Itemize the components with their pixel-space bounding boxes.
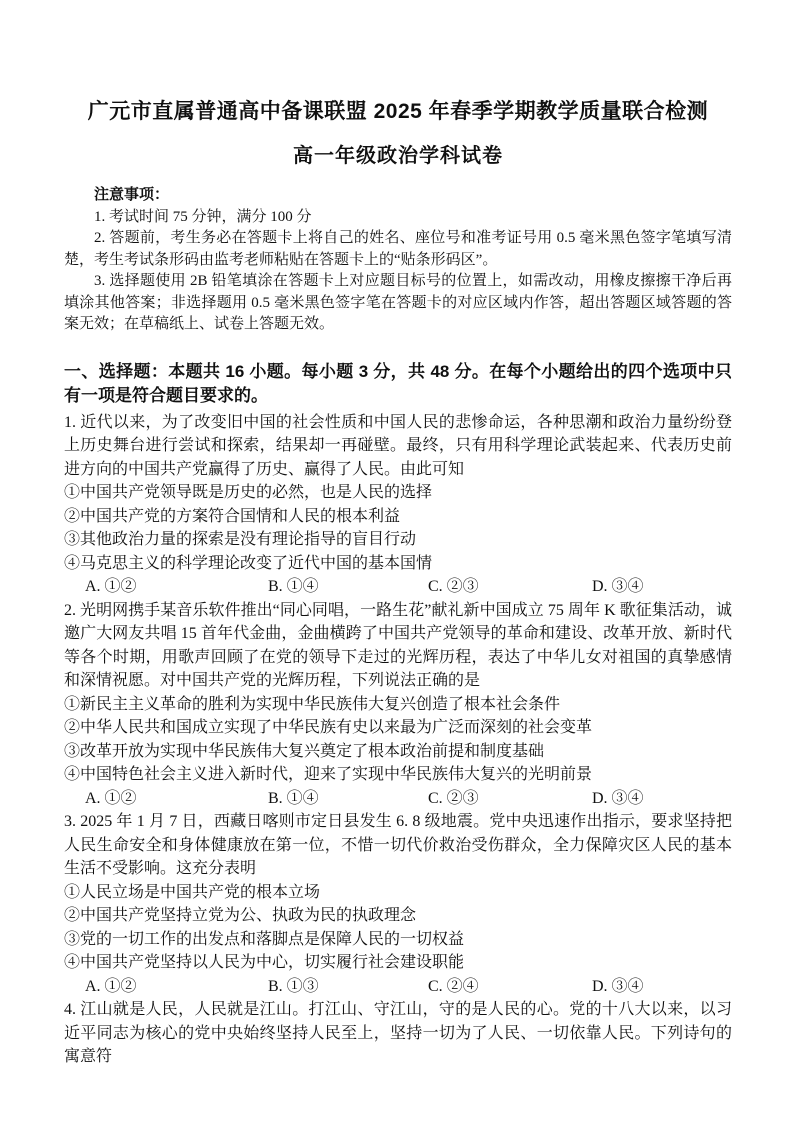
question-statement: ①中国共产党领导既是历史的必然，也是人民的选择 — [64, 481, 732, 505]
options-row: A. ①② B. ①④ C. ②③ D. ③④ — [64, 575, 732, 599]
option-d: D. ③④ — [592, 575, 732, 599]
question-statement: ②中华人民共和国成立实现了中华民族有史以来最为广泛而深刻的社会变革 — [64, 716, 732, 740]
question-stem: 3. 2025 年 1 月 7 日，西藏日喀则市定日县发生 6. 8 级地震。党… — [64, 810, 732, 881]
question-statement: ④马克思主义的科学理论改变了近代中国的基本国情 — [64, 552, 732, 576]
notice-heading: 注意事项： — [64, 185, 732, 207]
option-d: D. ③④ — [592, 787, 732, 811]
notice-item: 2. 答题前，考生务必在答题卡上将自己的姓名、座位号和准考证号用 0.5 毫米黑… — [64, 228, 732, 271]
paper-title: 广元市直属普通高中备课联盟 2025 年春季学期教学质量联合检测 — [64, 97, 732, 127]
options-row: A. ①② B. ①④ C. ②③ D. ③④ — [64, 787, 732, 811]
option-c: C. ②③ — [428, 575, 592, 599]
question-4: 4. 江山就是人民，人民就是江山。打江山、守江山，守的是人民的心。党的十八大以来… — [64, 998, 732, 1069]
question-statement: ③党的一切工作的出发点和落脚点是保障人民的一切权益 — [64, 928, 732, 952]
question-stem: 4. 江山就是人民，人民就是江山。打江山、守江山，守的是人民的心。党的十八大以来… — [64, 998, 732, 1069]
option-a: A. ①② — [85, 975, 268, 999]
question-2: 2. 光明网携手某音乐软件推出“同心同唱，一路生花”献礼新中国成立 75 周年 … — [64, 599, 732, 811]
option-c: C. ②④ — [428, 975, 592, 999]
option-a: A. ①② — [85, 575, 268, 599]
paper-subtitle: 高一年级政治学科试卷 — [64, 142, 732, 170]
question-statement: ①人民立场是中国共产党的根本立场 — [64, 881, 732, 905]
question-statement: ①新民主主义革命的胜利为实现中华民族伟大复兴创造了根本社会条件 — [64, 693, 732, 717]
question-statement: ④中国特色社会主义进入新时代，迎来了实现中华民族伟大复兴的光明前景 — [64, 763, 732, 787]
question-statement: ③改革开放为实现中华民族伟大复兴奠定了根本政治前提和制度基础 — [64, 740, 732, 764]
question-stem: 2. 光明网携手某音乐软件推出“同心同唱，一路生花”献礼新中国成立 75 周年 … — [64, 599, 732, 693]
option-d: D. ③④ — [592, 975, 732, 999]
question-stem: 1. 近代以来，为了改变旧中国的社会性质和中国人民的悲惨命运，各种思潮和政治力量… — [64, 411, 732, 482]
question-statement: ③其他政治力量的探索是没有理论指导的盲目行动 — [64, 528, 732, 552]
section-1-heading: 一、选择题：本题共 16 小题。每小题 3 分，共 48 分。在每个小题给出的四… — [64, 360, 732, 408]
question-statement: ④中国共产党坚持以人民为中心，切实履行社会建设职能 — [64, 951, 732, 975]
option-b: B. ①④ — [268, 787, 428, 811]
question-1: 1. 近代以来，为了改变旧中国的社会性质和中国人民的悲惨命运，各种思潮和政治力量… — [64, 411, 732, 599]
notice-section: 注意事项： 1. 考试时间 75 分钟，满分 100 分 2. 答题前，考生务必… — [64, 185, 732, 336]
option-b: B. ①④ — [268, 575, 428, 599]
options-row: A. ①② B. ①③ C. ②④ D. ③④ — [64, 975, 732, 999]
question-list: 1. 近代以来，为了改变旧中国的社会性质和中国人民的悲惨命运，各种思潮和政治力量… — [64, 411, 732, 1069]
question-statement: ②中国共产党坚持立党为公、执政为民的执政理念 — [64, 904, 732, 928]
exam-paper-page: 广元市直属普通高中备课联盟 2025 年春季学期教学质量联合检测 高一年级政治学… — [0, 0, 794, 1123]
question-statement: ②中国共产党的方案符合国情和人民的根本利益 — [64, 505, 732, 529]
option-a: A. ①② — [85, 787, 268, 811]
option-b: B. ①③ — [268, 975, 428, 999]
question-3: 3. 2025 年 1 月 7 日，西藏日喀则市定日县发生 6. 8 级地震。党… — [64, 810, 732, 998]
option-c: C. ②③ — [428, 787, 592, 811]
notice-item: 1. 考试时间 75 分钟，满分 100 分 — [64, 207, 732, 229]
notice-item: 3. 选择题使用 2B 铅笔填涂在答题卡上对应题目标号的位置上，如需改动，用橡皮… — [64, 271, 732, 336]
